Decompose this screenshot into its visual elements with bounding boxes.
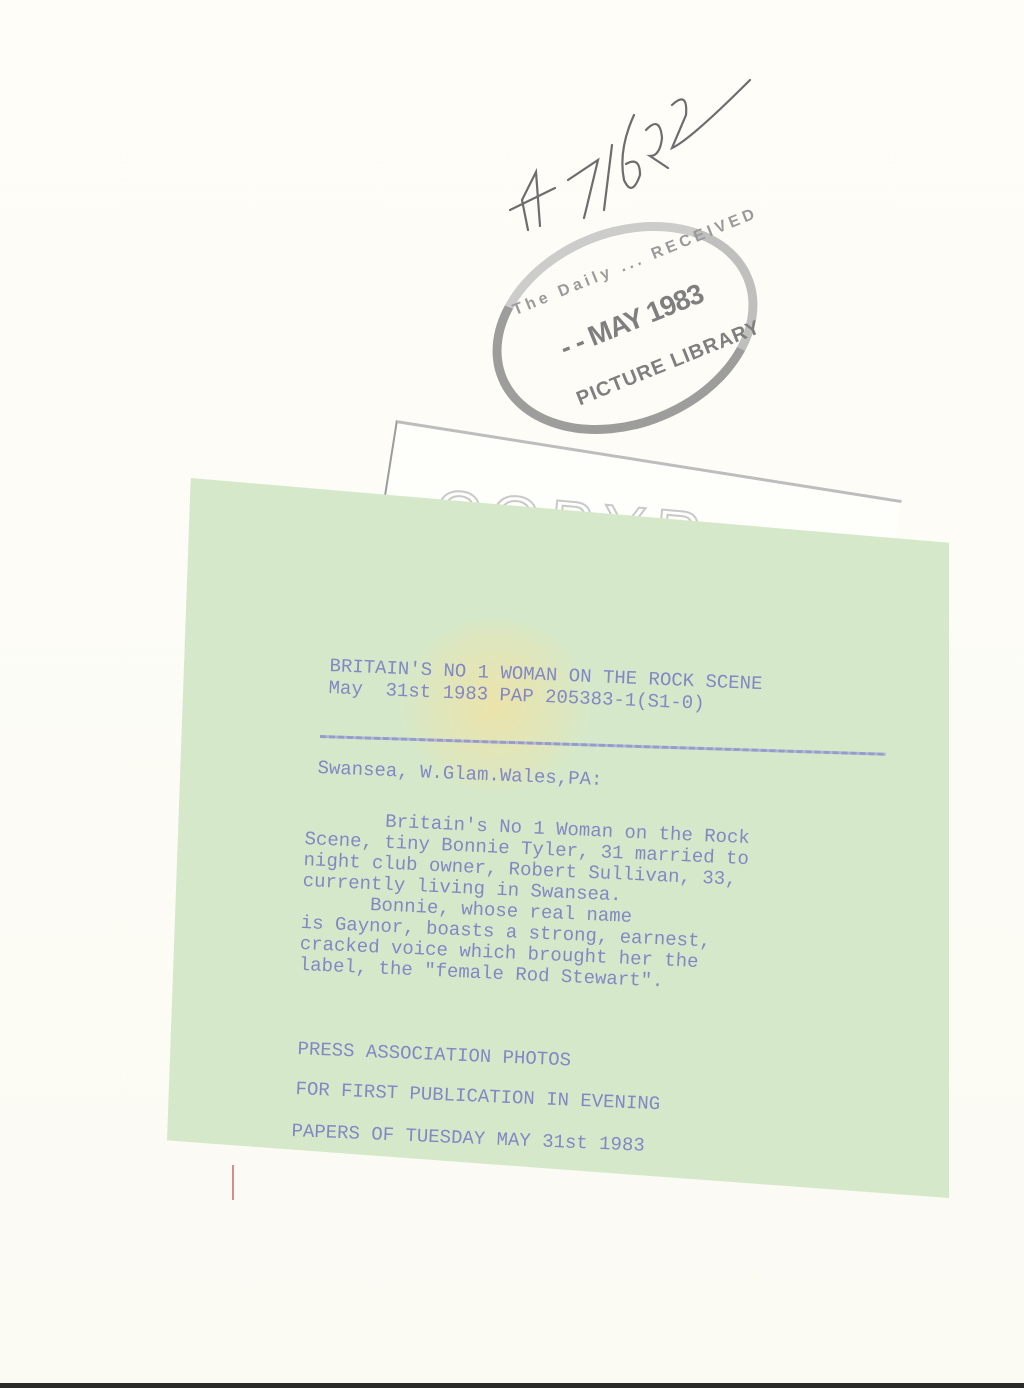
scan-edge [0,1383,1024,1388]
caption-body: Britain's No 1 Woman on the Rock Scene, … [298,808,750,996]
red-pencil-mark [232,1165,234,1200]
photo-back-page: A 71692 COPYR The Daily ... RECEIVED - -… [0,0,1024,1388]
